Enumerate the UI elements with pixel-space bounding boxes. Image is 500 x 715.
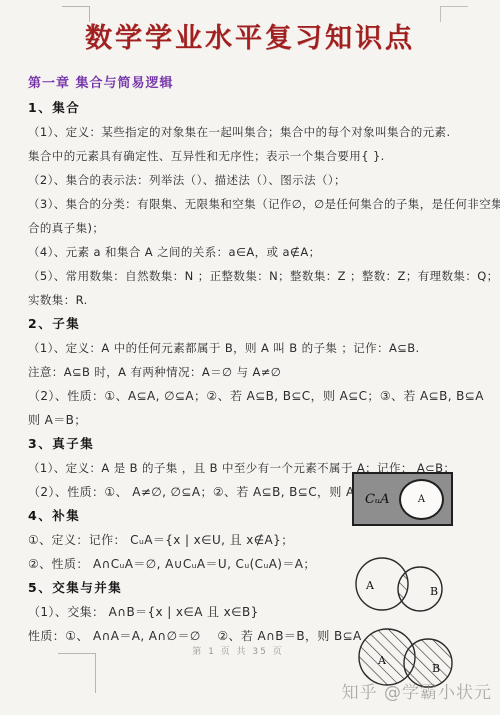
text-line: （4）、元素 a 和集合 A 之间的关系：a∈A，或 a∉A；	[28, 240, 474, 264]
text-line: （3）、集合的分类：有限集、无限集和空集（记作∅，∅是任何集合的子集，是任何非空…	[28, 192, 474, 216]
complement-label: CᵤA	[365, 492, 390, 507]
venn-complement-figure: CᵤA A	[352, 472, 453, 526]
text-line: （1）、定义：某些指定的对象集在一起叫集合；集合中的每个对象叫集合的元素.	[28, 120, 474, 144]
section-heading-sets: 1、集合	[28, 96, 474, 120]
text-line: （2）、集合的表示法：列举法（）、描述法（）、图示法（）；	[28, 168, 474, 192]
text-line: （1）、定义：A 中的任何元素都属于 B，则 A 叫 B 的子集 ；记作：A⊆B…	[28, 336, 474, 360]
section-heading-proper-subset: 3、真子集	[28, 432, 474, 456]
watermark: 知乎 @学霸小状元	[342, 678, 492, 703]
text-line: 实数集：R.	[28, 288, 474, 312]
crop-mark-bottom-left	[58, 653, 96, 693]
page-title: 数学学业水平复习知识点	[0, 16, 500, 55]
section-heading-subset: 2、子集	[28, 312, 474, 336]
chapter-heading: 第一章 集合与简易逻辑	[28, 72, 474, 96]
formula-line: （2）、性质：①、A⊆A, ∅⊆A；②、若 A⊆B, B⊆C，则 A⊆C；③、若…	[28, 384, 474, 408]
union-b-label: B	[432, 662, 440, 675]
text-line: 注意：A⊆B 时，A 有两种情况：A＝∅ 与 A≠∅	[28, 360, 474, 384]
text-line: （5）、常用数集：自然数集：N ；正整数集：N；整数集：Z ；整数：Z；有理数集…	[28, 264, 474, 288]
text-line: 集合中的元素具有确定性、互异性和无序性；表示一个集合要用{ }.	[28, 144, 474, 168]
page-number-footer: 第 1 页 共 35 页	[28, 644, 448, 657]
intersection-b-label: B	[430, 585, 438, 598]
document-page: 数学学业水平复习知识点 第一章 集合与简易逻辑 1、集合 （1）、定义：某些指定…	[0, 0, 500, 715]
formula-line: 则 A＝B；	[28, 408, 474, 432]
text-line: 合的真子集)；	[28, 216, 474, 240]
intersection-a-label: A	[365, 579, 375, 592]
set-a-circle: A	[399, 479, 444, 520]
set-a-label: A	[418, 494, 425, 505]
